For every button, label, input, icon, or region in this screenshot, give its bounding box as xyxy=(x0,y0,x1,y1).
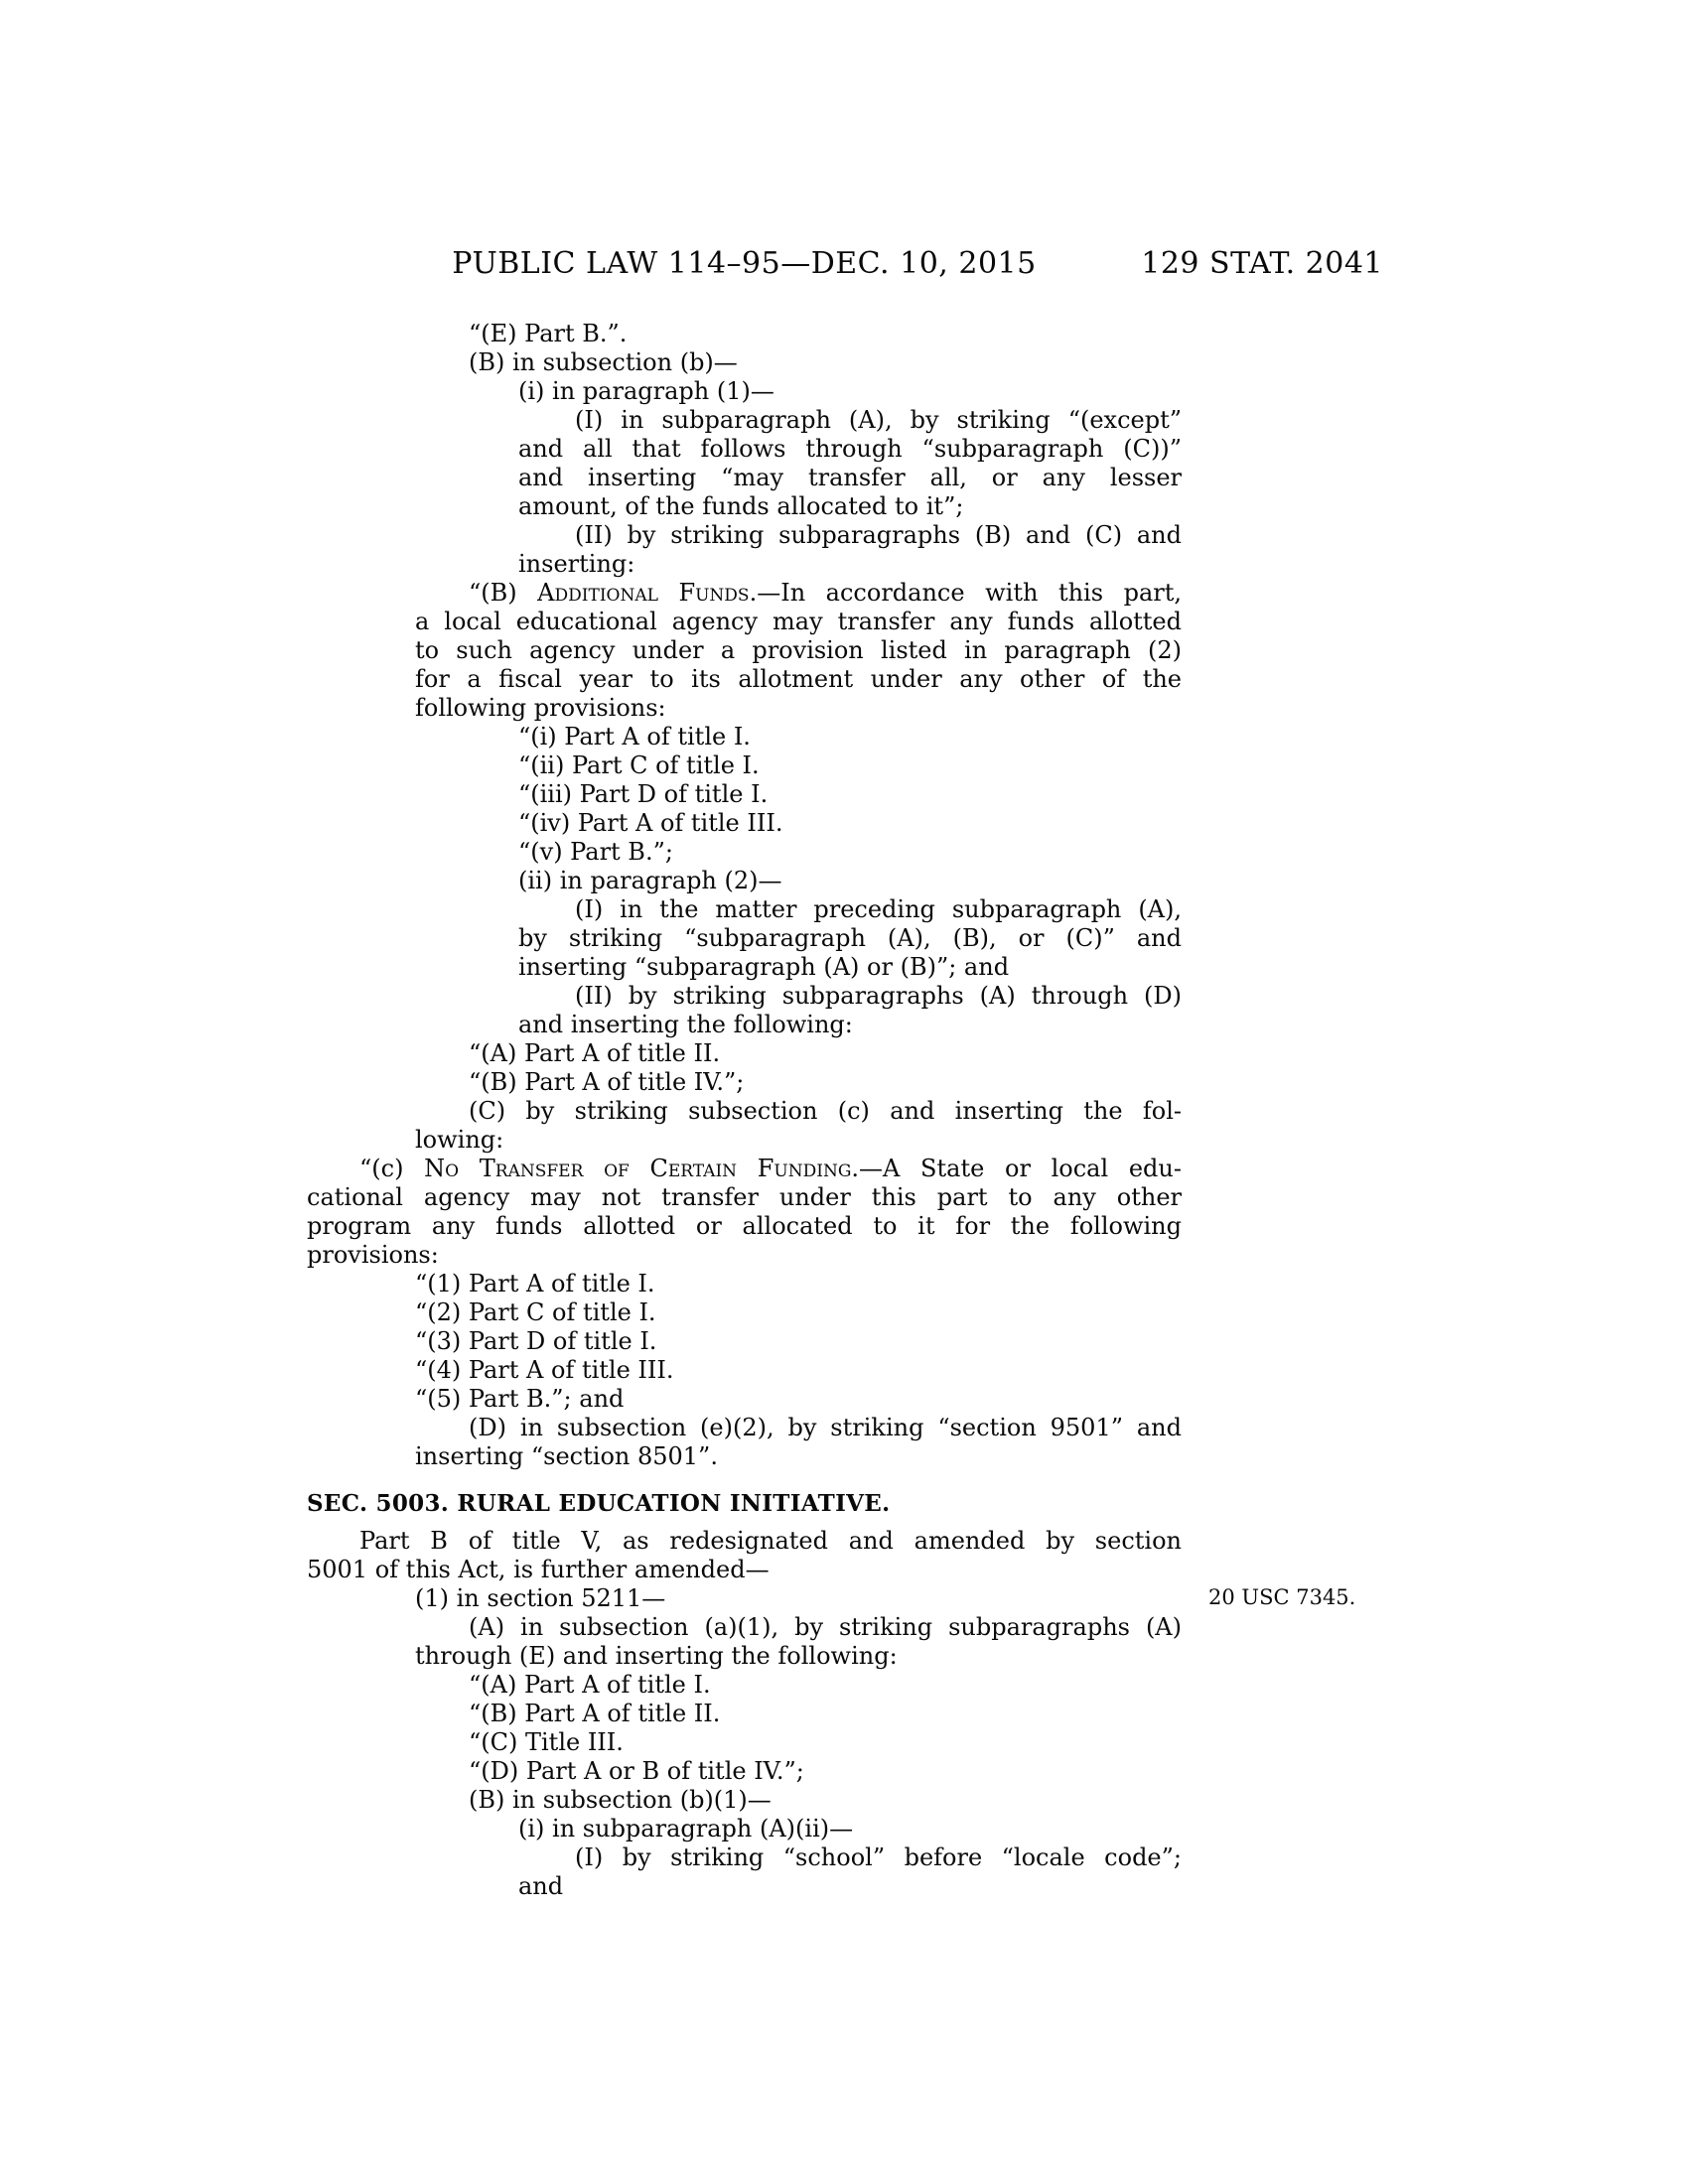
statute-line: for a fiscal year to its allotment under… xyxy=(307,665,1182,694)
statute-line: cational agency may not transfer under t… xyxy=(307,1183,1182,1212)
statute-line: “(E) Part B.”. xyxy=(307,320,1182,348)
line-text: “(B) xyxy=(469,579,537,607)
line-text: .—A State or local edu- xyxy=(851,1155,1182,1182)
statute-line: and inserting “may transfer all, or any … xyxy=(307,464,1182,492)
statute-line: (II) by striking subparagraphs (B) and (… xyxy=(307,521,1182,550)
us-code-margin-note: 20 USC 7345. xyxy=(1208,1585,1355,1609)
statute-line: (B) in subsection (b)(1)— xyxy=(307,1786,1182,1815)
statute-line: “(1) Part A of title I. xyxy=(307,1270,1182,1298)
statute-line: and inserting the following: xyxy=(307,1011,1182,1039)
statute-line: following provisions: xyxy=(307,694,1182,723)
statute-line: “(4) Part A of title III. xyxy=(307,1356,1182,1385)
statute-line: by striking “subparagraph (A), (B), or (… xyxy=(307,924,1182,953)
statute-line: and xyxy=(307,1872,1182,1901)
statute-line: inserting “section 8501”. xyxy=(307,1442,1182,1471)
statute-line: (D) in subsection (e)(2), by striking “s… xyxy=(307,1414,1182,1442)
statute-line: “(i) Part A of title I. xyxy=(307,723,1182,751)
statute-line: (II) by striking subparagraphs (A) throu… xyxy=(307,982,1182,1011)
statute-line: (1) in section 5211— xyxy=(307,1584,1182,1613)
line-text: “(c) xyxy=(359,1155,424,1182)
statute-line: provisions: xyxy=(307,1241,1182,1270)
statute-line: “(iv) Part A of title III. xyxy=(307,809,1182,838)
line-text: .—In accordance with this part, xyxy=(750,579,1182,607)
statute-line: (ii) in paragraph (2)— xyxy=(307,867,1182,895)
statute-line: “(B) Part A of title II. xyxy=(307,1700,1182,1728)
statute-line: (B) in subsection (b)— xyxy=(307,348,1182,377)
statute-line: “(ii) Part C of title I. xyxy=(307,751,1182,780)
statute-line: (i) in paragraph (1)— xyxy=(307,377,1182,406)
statute-line: “(v) Part B.”; xyxy=(307,838,1182,867)
statute-body: “(E) Part B.”.(B) in subsection (b)—(i) … xyxy=(307,320,1182,1901)
statute-line: inserting: xyxy=(307,550,1182,579)
statute-line: “(c) No Transfer of Certain Funding.—A S… xyxy=(307,1155,1182,1183)
statute-line: (A) in subsection (a)(1), by striking su… xyxy=(307,1613,1182,1642)
statute-line: “(C) Title III. xyxy=(307,1728,1182,1757)
statute-line: a local educational agency may transfer … xyxy=(307,608,1182,636)
section-heading: SEC. 5003. RURAL EDUCATION INITIATIVE. xyxy=(307,1489,1182,1518)
statute-line: “(2) Part C of title I. xyxy=(307,1298,1182,1327)
statute-line: “(iii) Part D of title I. xyxy=(307,780,1182,809)
statute-line: (C) by striking subsection (c) and inser… xyxy=(307,1097,1182,1126)
statute-line: (I) in subparagraph (A), by striking “(e… xyxy=(307,406,1182,435)
statute-line: “(B) Additional Funds.—In accordance wit… xyxy=(307,579,1182,608)
statute-line: program any funds allotted or allocated … xyxy=(307,1212,1182,1241)
small-caps-term: No Transfer of Certain Funding xyxy=(424,1155,851,1182)
statute-line: and all that follows through “subparagra… xyxy=(307,435,1182,464)
statute-line: (I) by striking “school” before “locale … xyxy=(307,1843,1182,1872)
statute-line: lowing: xyxy=(307,1126,1182,1155)
statute-line: amount, of the funds allocated to it”; xyxy=(307,492,1182,521)
statute-line: 5001 of this Act, is further amended— xyxy=(307,1556,1182,1584)
statute-line: “(A) Part A of title II. xyxy=(307,1039,1182,1068)
small-caps-term: Additional Funds xyxy=(537,579,749,607)
running-header-title: PUBLIC LAW 114–95—DEC. 10, 2015 xyxy=(307,246,1182,281)
statute-line: “(A) Part A of title I. xyxy=(307,1671,1182,1700)
statute-line: (I) in the matter preceding subparagraph… xyxy=(307,895,1182,924)
statute-line: “(B) Part A of title IV.”; xyxy=(307,1068,1182,1097)
statute-line: (i) in subparagraph (A)(ii)— xyxy=(307,1815,1182,1843)
statute-line: to such agency under a provision listed … xyxy=(307,636,1182,665)
statute-line: Part B of title V, as redesignated and a… xyxy=(307,1527,1182,1556)
statute-page: PUBLIC LAW 114–95—DEC. 10, 2015 129 STAT… xyxy=(0,0,1688,2184)
running-header-page-number: 129 STAT. 2041 xyxy=(1085,246,1383,281)
statute-line: inserting “subparagraph (A) or (B)”; and xyxy=(307,953,1182,982)
statute-line: “(D) Part A or B of title IV.”; xyxy=(307,1757,1182,1786)
statute-line: “(3) Part D of title I. xyxy=(307,1327,1182,1356)
statute-line: through (E) and inserting the following: xyxy=(307,1642,1182,1671)
statute-line: “(5) Part B.”; and xyxy=(307,1385,1182,1414)
